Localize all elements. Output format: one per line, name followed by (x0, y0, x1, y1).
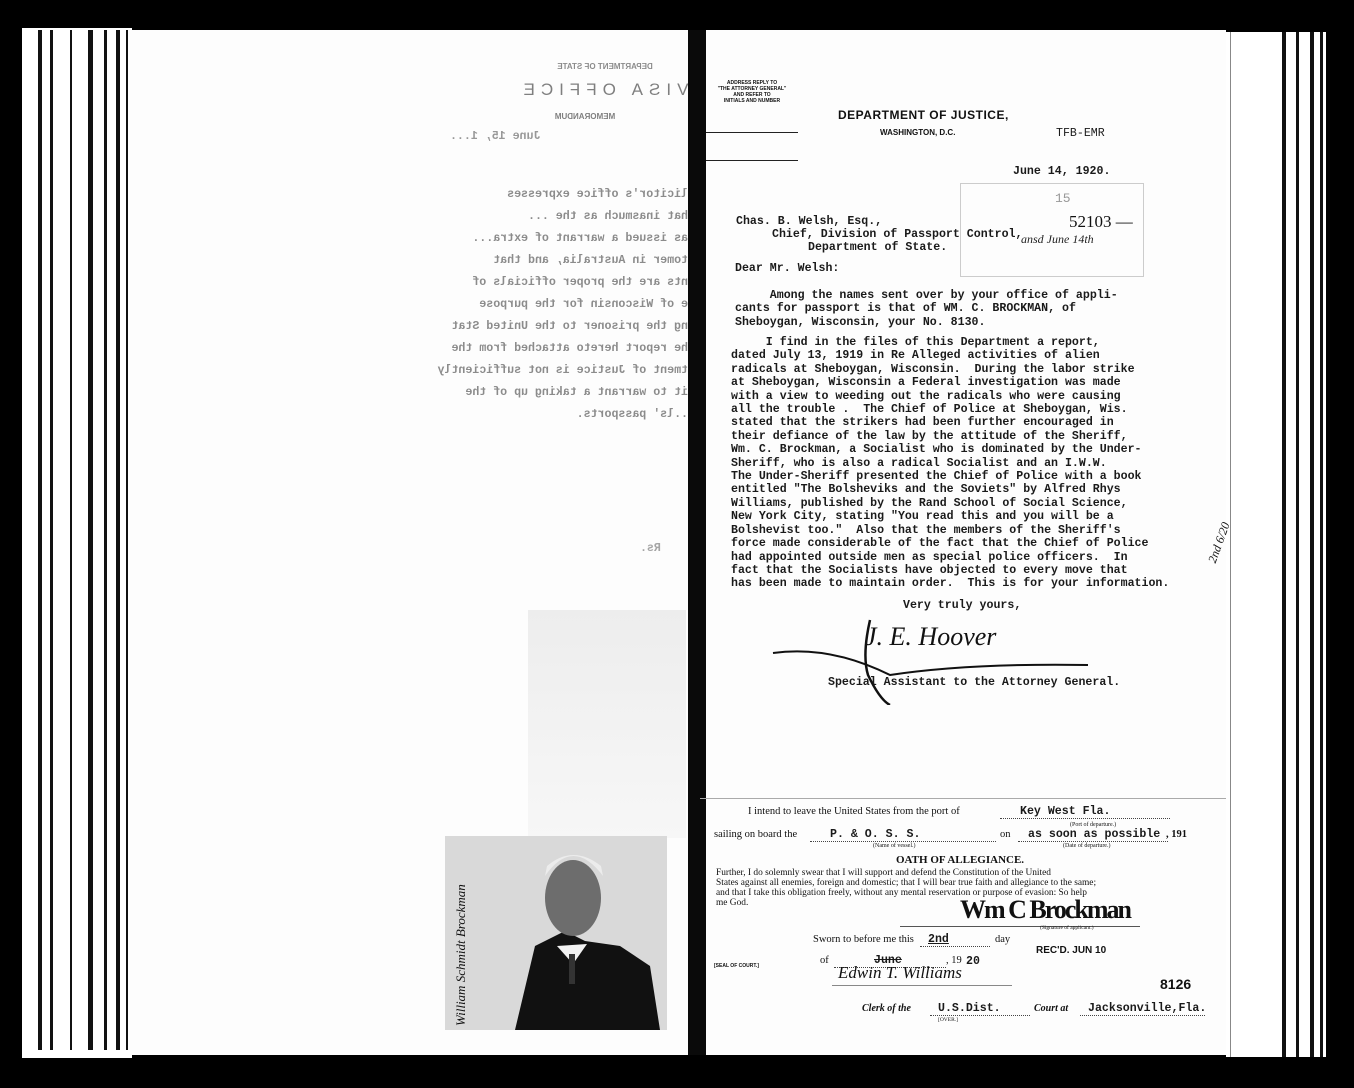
clipped-slip (528, 610, 686, 838)
letter-line: Williams, published by the Rand School o… (731, 497, 1169, 510)
day-label: day (995, 934, 1010, 945)
letter-line: all the trouble . The Chief of Police at… (731, 403, 1169, 416)
on-label: on (1000, 829, 1011, 840)
letterhead-department: DEPARTMENT OF JUSTICE, (838, 108, 1009, 122)
bleed-line: has issued a warrant of extra... (395, 228, 695, 250)
letter-line: had appointed outside men as special pol… (731, 551, 1169, 564)
clerk-signature: Edwin T. Williams (838, 963, 962, 983)
sworn-text: Sworn to before me this (813, 934, 914, 945)
bleed-line: ...ls' passports. (395, 404, 695, 426)
year-prefix: , 191 (1166, 829, 1187, 840)
letter-line: The Under-Sheriff presented the Chief of… (731, 470, 1169, 483)
letter-line: radicals at Sheboygan, Wisconsin. During… (731, 363, 1169, 376)
letter-line: I find in the files of this Department a… (731, 336, 1169, 349)
bleed-line: the report hereto attached from the (395, 338, 695, 360)
reference-code: TFB-EMR (1056, 127, 1105, 140)
reply-instructions: ADDRESS REPLY TO"THE ATTORNEY GENERAL"AN… (712, 80, 792, 104)
letter-line: Wm. C. Brockman, a Socialist who is domi… (731, 443, 1169, 456)
book-spine (688, 30, 706, 1055)
court-location-field: Jacksonville,Fla. (1080, 1002, 1205, 1016)
bleed-line: olicitor's office expresses (395, 184, 695, 206)
letter-line: force made considerable of the fact that… (731, 537, 1169, 550)
sailing-text: sailing on board the (714, 829, 797, 840)
reply-instruction-line: INITIALS AND NUMBER (712, 98, 792, 104)
date-caption: (Date of departure.) (1063, 843, 1110, 849)
letterhead-city: WASHINGTON, D.C. (880, 128, 955, 137)
over-label: [OVER.] (938, 1017, 958, 1023)
stamp-file-number: 52103 — (1069, 212, 1133, 232)
seal-label: [SEAL OF COURT.] (714, 963, 759, 969)
clerk-prefix: Clerk of the (862, 1003, 911, 1014)
oath-title: OATH OF ALLEGIANCE. (896, 854, 1024, 866)
addressee-line-1: Chas. B. Welsh, Esq., (736, 215, 882, 228)
stamp-note: ansd June 14th (1021, 232, 1094, 247)
of-label: of (820, 955, 829, 966)
signature-caption: (Signature of applicant.) (1040, 925, 1094, 931)
letter-line: dated July 13, 1919 in Re Alleged activi… (731, 349, 1169, 362)
paragraph-1: Among the names sent over by your office… (735, 289, 1118, 329)
memo-bleed-lines: olicitor's office expressesthat inasmuch… (395, 184, 695, 426)
signer-title: Special Assistant to the Attorney Genera… (828, 676, 1120, 689)
letter-line: at Sheboygan, Wisconsin a Federal invest… (731, 376, 1169, 389)
addressee-line-3: Department of State. (808, 241, 947, 254)
intend-leave-text: I intend to leave the United States from… (748, 806, 960, 817)
bleed-line: ing the prisoner to the United Stat (395, 316, 695, 338)
bleed-line: stomer in Australia, and that (395, 250, 695, 272)
sworn-year: 20 (966, 955, 980, 968)
memo-body-bleedthrough: olicitor's office expressesthat inasmuch… (395, 184, 695, 426)
letter-line: entitled "The Bolsheviks and the Soviets… (731, 483, 1169, 496)
photo-caption-signature: William Schmidt Brockman (453, 826, 469, 1026)
memo-office: VISA OFFICE (488, 80, 718, 100)
paragraph-2: I find in the files of this Department a… (731, 336, 1169, 591)
bleed-line: ants are the proper officials of (395, 272, 695, 294)
letter-line: fact that the Socialists have objected t… (731, 564, 1169, 577)
bleed-line: te of Wisconsin for the purpose (395, 294, 695, 316)
application-number: 8126 (1160, 976, 1191, 992)
memo-initials: Rs. (640, 542, 661, 555)
letter-line: with a view to weeding out the radicals … (731, 390, 1169, 403)
oath-line: Further, I do solemnly swear that I will… (716, 868, 1096, 878)
closing: Very truly yours, (903, 599, 1021, 612)
departure-date-value: as soon as possible (1028, 828, 1160, 841)
letter-line: Sheriff, who is also a radical Socialist… (731, 457, 1169, 470)
letter-date: June 14, 1920. (1013, 165, 1110, 178)
memo-date: June 15, 1... (450, 130, 570, 143)
letter-line: Among the names sent over by your office… (735, 289, 1118, 302)
letter-line: stated that the strikers had been furthe… (731, 416, 1169, 429)
oath-line: States against all enemies, foreign and … (716, 878, 1096, 888)
memo-type: MEMORANDUM (510, 112, 660, 121)
letter-line: Bolshevist too." Also that the members o… (731, 524, 1169, 537)
bleed-line: that inasmuch as the ... (395, 206, 695, 228)
letter-line: cants for passport is that of WM. C. BRO… (735, 302, 1118, 315)
bleed-line: rtment of Justice is not sufficiently (395, 360, 695, 382)
sworn-day-value: 2nd (928, 933, 949, 946)
applicant-photo: William Schmidt Brockman (445, 836, 667, 1030)
vessel-field: P. & O. S. S. (810, 828, 996, 842)
memo-department: DEPARTMENT OF STATE (500, 62, 710, 71)
bleed-line: cit to warrant a taking up of the (395, 382, 695, 404)
applicant-portrait-icon (445, 836, 667, 1030)
departure-date-field: as soon as possible (1018, 828, 1168, 842)
salutation: Dear Mr. Welsh: (735, 262, 839, 275)
court-at-label: Court at (1034, 1003, 1068, 1014)
signature-flourish-icon (770, 615, 1100, 705)
stamp-received-day: 15 (1055, 192, 1071, 205)
applicant-signature: Wm C Brockman (960, 895, 1130, 925)
letter-line: Sheboygan, Wisconsin, your No. 8130. (735, 316, 1118, 329)
letter-line: New York City, stating "You read this an… (731, 510, 1169, 523)
vessel-caption: (Name of vessel.) (873, 843, 915, 849)
court-name-value: U.S.Dist. (938, 1002, 1001, 1015)
court-name-field: U.S.Dist. (930, 1002, 1030, 1016)
sworn-day-field: 2nd (920, 933, 990, 947)
court-location-value: Jacksonville,Fla. (1088, 1002, 1206, 1015)
addressee-line-2: Chief, Division of Passport Control, (772, 228, 1022, 241)
letter-line: has been made to maintain order. This is… (731, 577, 1169, 590)
received-stamp: REC'D. JUN 10 (1036, 945, 1106, 956)
letter-line: their defiance of the law by the attitud… (731, 430, 1169, 443)
port-field: Key West Fla. (1000, 805, 1170, 819)
vessel-value: P. & O. S. S. (830, 828, 920, 841)
port-value: Key West Fla. (1020, 805, 1110, 818)
